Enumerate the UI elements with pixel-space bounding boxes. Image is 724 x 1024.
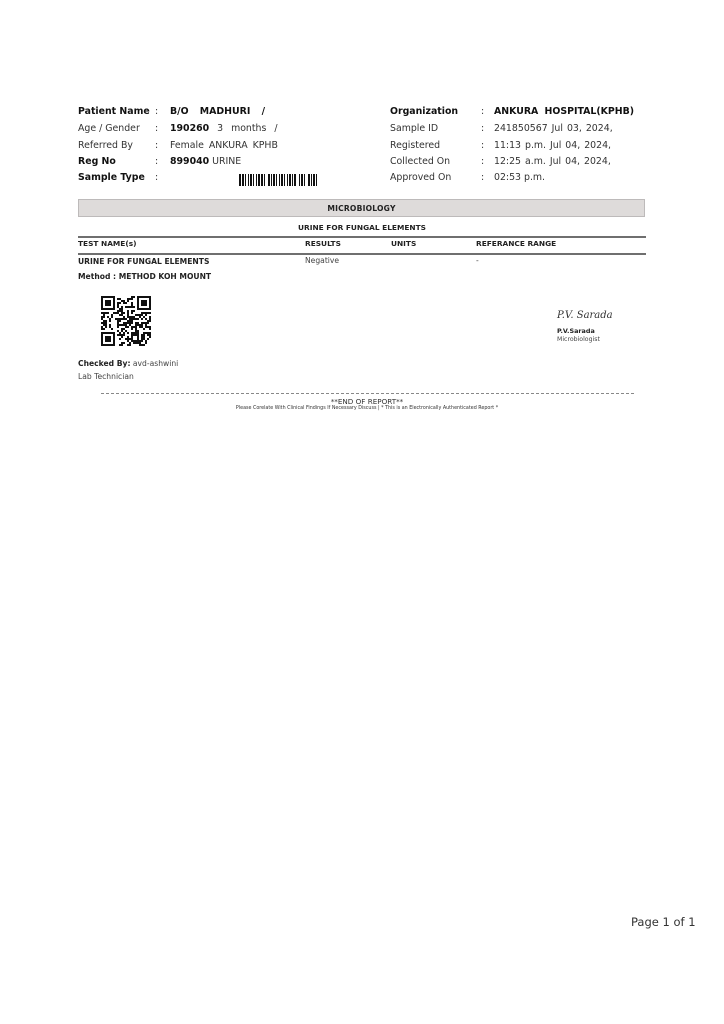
page-number: Page 1 of 1: [631, 915, 696, 929]
disclaimer: Please Corelate With Clinical Findings I…: [0, 406, 724, 411]
separator: :: [155, 172, 158, 183]
separator: :: [155, 123, 158, 134]
end-of-report: **END OF REPORT**: [0, 397, 724, 406]
patient-name-value: B/O MADHURI /: [170, 106, 265, 117]
separator: :: [481, 156, 484, 167]
reg-no-suffix: URINE: [209, 156, 241, 167]
checked-by: Checked By: avd-ashwini: [78, 359, 178, 368]
method-text: Method : METHOD KOH MOUNT: [78, 272, 211, 281]
registered-value: 11:13 p.m. Jul 04, 2024,: [494, 140, 611, 151]
sample-type-label: Sample Type: [78, 172, 145, 183]
column-units: UNITS: [391, 239, 416, 248]
result-cell: Negative: [305, 256, 339, 265]
patient-name-label: Patient Name: [78, 106, 150, 117]
reference-range-cell: -: [476, 256, 479, 265]
collected-on-value: 12:25 a.m. Jul 04, 2024,: [494, 156, 611, 167]
signatory-role: Microbiologist: [557, 336, 600, 343]
column-reference-range: REFERANCE RANGE: [476, 239, 556, 248]
signature-image: P.V. Sarada: [557, 310, 613, 321]
age-gender-label: Age / Gender: [78, 123, 140, 134]
organization-label: Organization: [390, 106, 458, 117]
checked-by-label: Checked By:: [78, 359, 130, 368]
referred-by-label: Referred By: [78, 140, 133, 151]
organization-value: ANKURA HOSPITAL(KPHB): [494, 106, 634, 117]
test-group-title: URINE FOR FUNGAL ELEMENTS: [0, 223, 724, 232]
column-test-name: TEST NAME(s): [78, 239, 137, 248]
table-top-rule: [78, 236, 646, 238]
column-results: RESULTS: [305, 239, 341, 248]
referred-by-value: Female ANKURA KPHB: [170, 140, 278, 151]
test-name-cell: URINE FOR FUNGAL ELEMENTS: [78, 257, 209, 266]
collected-on-label: Collected On: [390, 156, 450, 167]
qr-code-icon: [101, 296, 151, 346]
separator: :: [481, 106, 484, 117]
age-unit: 3 months /: [209, 123, 277, 134]
department-header: MICROBIOLOGY: [78, 199, 645, 217]
approved-on-value: 02:53 p.m.: [494, 172, 545, 183]
separator: :: [481, 172, 484, 183]
separator: :: [481, 123, 484, 134]
reg-no-number: 899040: [170, 156, 209, 167]
separator: :: [481, 140, 484, 151]
registered-label: Registered: [390, 140, 440, 151]
footer-divider: [101, 393, 634, 394]
barcode-icon: [239, 174, 342, 186]
separator: :: [155, 106, 158, 117]
sample-id-label: Sample ID: [390, 123, 438, 134]
checked-by-value: avd-ashwini: [130, 359, 178, 368]
age-gender-value: 190260 3 months /: [170, 123, 278, 134]
signatory-name: P.V.Sarada: [557, 327, 595, 335]
sample-id-value: 241850567 Jul 03, 2024,: [494, 123, 613, 134]
separator: :: [155, 156, 158, 167]
table-header-rule: [78, 253, 646, 255]
checked-by-role: Lab Technician: [78, 372, 134, 381]
reg-no-label: Reg No: [78, 156, 116, 167]
separator: :: [155, 140, 158, 151]
approved-on-label: Approved On: [390, 172, 451, 183]
reg-no-value: 899040 URINE: [170, 156, 241, 167]
age-value: 190260: [170, 123, 209, 134]
department-title: MICROBIOLOGY: [79, 204, 644, 213]
